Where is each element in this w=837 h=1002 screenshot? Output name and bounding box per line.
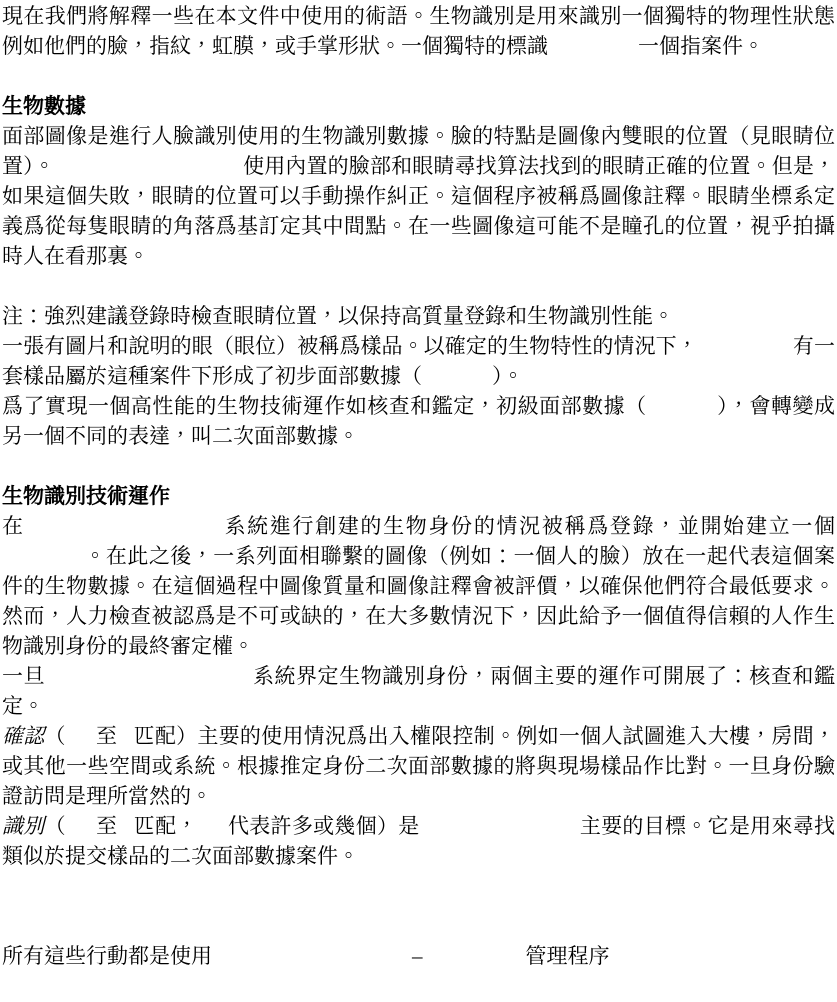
text-gap — [422, 382, 492, 383]
section-heading: 生物數據 — [2, 91, 835, 121]
paragraph: 現在我們將解釋一些在本文件中使用的術語。生物識別是用來識別一個獨特的物理性狀態例… — [2, 1, 835, 61]
text-gap — [2, 562, 84, 563]
paragraph: 在系統進行創建的生物身份的情況被稱爲登錄，並開始建立一個。在此之後，一系列面相聯… — [2, 511, 835, 661]
paragraph: 一旦系統界定生物識別身份，兩個主要的運作可開展了：核查和鑑定。 — [2, 661, 835, 721]
text-run: 一個指案件。 — [638, 34, 764, 58]
text-run: 代表許多或幾個）是 — [228, 814, 420, 838]
paragraph: 確認（至匹配）主要的使用情況爲出入權限控制。例如一個人試圖進入大樓，房間，或其他… — [2, 721, 835, 811]
text-gap — [198, 832, 228, 833]
text-run: 。在此之後，一系列面相聯繫的圖像（例如：一個人的臉）放在一起代表這個案件的生物數… — [2, 544, 835, 658]
section-heading: 生物識別技術運作 — [2, 481, 835, 511]
text-gap — [423, 962, 526, 963]
text-run: 至 — [96, 724, 118, 748]
text-run: – — [412, 944, 423, 968]
paragraph: 一張有圖片和說明的眼（眼位）被稱爲樣品。以確定的生物特性的情況下，有一套樣品屬於… — [2, 331, 835, 391]
text-run: 識別 — [2, 814, 45, 838]
text-run: 注：強烈建議登錄時檢查眼睛位置，以保持高質量登錄和生物識別性能。 — [2, 304, 674, 328]
text-gap — [420, 832, 580, 833]
text-gap — [55, 172, 243, 173]
text-gap — [117, 832, 133, 833]
text-run: 爲了實現一個高性能的生物技術運作如核查和鑑定，初級面部數據（ — [2, 394, 647, 418]
text-run: 系統界定生物識別身份，兩個主要的運作可開展了：核查和鑑定。 — [2, 664, 835, 718]
text-run: 確認 — [2, 724, 45, 748]
blank-line — [2, 871, 835, 941]
blank-line — [2, 61, 835, 91]
text-run: 生物識別技術運作 — [2, 484, 170, 508]
text-run: 至 — [96, 814, 118, 838]
document-page: 現在我們將解釋一些在本文件中使用的術語。生物識別是用來識別一個獨特的物理性狀態例… — [0, 0, 837, 971]
text-run: （ — [45, 724, 66, 748]
text-gap — [117, 742, 133, 743]
text-gap — [66, 742, 96, 743]
text-gap — [212, 962, 412, 963]
text-gap — [66, 832, 96, 833]
text-gap — [647, 412, 717, 413]
text-run: ）。 — [492, 364, 524, 388]
blank-line — [2, 271, 835, 301]
paragraph: 識別（至匹配，代表許多或幾個）是主要的目標。它是用來尋找類似於提交樣品的二次面部… — [2, 811, 835, 871]
paragraph: 注：強烈建議登錄時檢查眼睛位置，以保持高質量登錄和生物識別性能。 — [2, 301, 835, 331]
text-run: （ — [45, 814, 66, 838]
text-run: 一張有圖片和說明的眼（眼位）被稱爲樣品。以確定的生物特性的情況下， — [2, 334, 698, 358]
text-gap — [548, 52, 638, 53]
text-run: 在 — [2, 514, 25, 538]
text-run: 匹配， — [133, 814, 197, 838]
text-run: 匹配）主要的使用情況爲出入權限控制。例如一個人試圖進入大樓，房間，或其他一些空間… — [2, 724, 835, 808]
text-run: 一旦 — [2, 664, 45, 688]
text-run: 生物數據 — [2, 94, 86, 118]
text-run: 所有這些行動都是使用 — [2, 944, 212, 968]
text-gap — [45, 682, 252, 683]
blank-line — [2, 451, 835, 481]
text-run: 系統進行創建的生物身份的情況被稱爲登錄，並開始建立一個 — [223, 514, 835, 538]
text-gap — [698, 352, 793, 353]
paragraph: 爲了實現一個高性能的生物技術運作如核查和鑑定，初級面部數據（），會轉變成另一個不… — [2, 391, 835, 451]
text-run: 管理程序 — [526, 944, 610, 968]
paragraph: 面部圖像是進行人臉識別使用的生物識別數據。臉的特點是圖像內雙眼的位置（見眼睛位置… — [2, 121, 835, 271]
text-gap — [25, 532, 223, 533]
paragraph: 所有這些行動都是使用–管理程序 — [2, 941, 835, 971]
